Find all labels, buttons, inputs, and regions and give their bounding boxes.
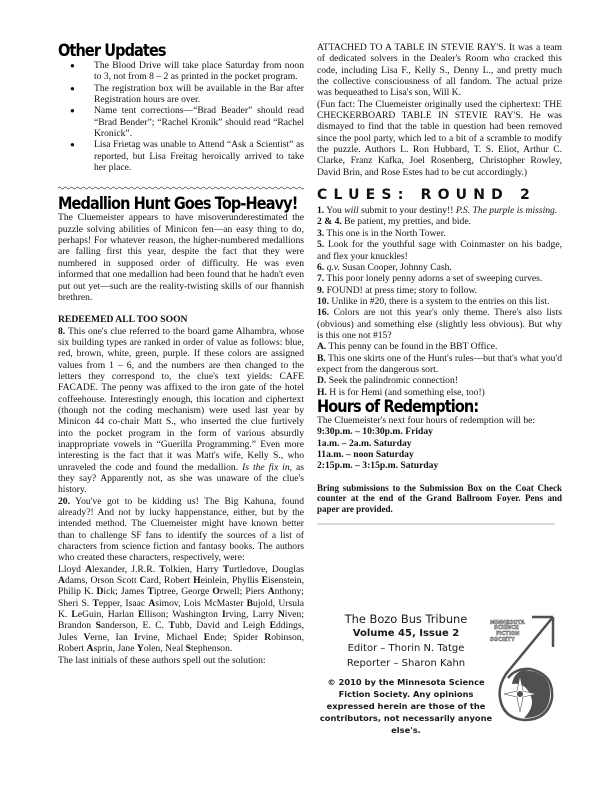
horizontal-rule xyxy=(317,523,555,525)
redeemed-subhead: REDEEMED ALL TOO SOON xyxy=(58,314,304,325)
bold-initial: N xyxy=(278,609,285,620)
clues-heading: CLUES: ROUND 2 xyxy=(317,187,562,203)
continuation-text: ATTACHED TO A TABLE IN STEVIE RAY'S. It … xyxy=(317,42,562,99)
list-item: Lisa Frietag was unable to Attend “Ask a… xyxy=(94,139,304,173)
hours-slot: 11a.m. – noon Saturday xyxy=(317,449,562,460)
medallion-heading: Medallion Hunt Goes Top-Heavy! xyxy=(58,195,304,215)
right-column: ATTACHED TO A TABLE IN STEVIE RAY'S. It … xyxy=(317,42,562,525)
clue-item: 6. q.v. Susan Cooper, Johnny Cash. xyxy=(317,262,562,273)
item-number: 20. xyxy=(58,496,70,507)
clue-item: 1. You will submit to your destiny!! P.S… xyxy=(317,205,562,216)
submission-note: Bring submissions to the Submission Box … xyxy=(317,483,562,515)
svg-text:SOCIETY: SOCIETY xyxy=(490,637,515,643)
bold-initial: Y xyxy=(137,643,144,654)
list-item: The registration box will be available i… xyxy=(94,83,304,106)
clues-list: 1. You will submit to your destiny!! P.S… xyxy=(317,205,562,398)
medallion-intro: The Cluemeister appears to have misoveru… xyxy=(58,212,304,303)
clue-item: 10. Unlike in #20, there is a system to … xyxy=(317,296,562,307)
fun-fact: (Fun fact: The Cluemeister originally us… xyxy=(317,99,562,178)
bold-initial: A xyxy=(268,586,275,597)
clue-item: 7. This poor lonely penny adorns a set o… xyxy=(317,273,562,284)
list-item: The Blood Drive will take place Saturday… xyxy=(94,60,304,83)
bold-initial: A xyxy=(85,564,92,575)
volume-issue: Volume 45, Issue 2 xyxy=(317,626,495,641)
clue-item: A. This penny can be found in the BBT Of… xyxy=(317,341,562,352)
clue-item: D. Seek the palindromic connection! xyxy=(317,375,562,386)
other-updates-list: The Blood Drive will take place Saturday… xyxy=(58,60,304,173)
wavy-divider xyxy=(58,185,304,191)
clue-item: 9. FOUND! at press time; story to follow… xyxy=(317,285,562,296)
hours-slot: 9:30p.m. – 10:30p.m. Friday xyxy=(317,426,562,437)
clue-item: 16. Colors are not this year's only them… xyxy=(317,307,562,341)
bold-initial: A xyxy=(58,575,65,586)
closing-line: The last initials of these authors spell… xyxy=(58,655,304,666)
item-20: 20. You've got to be kidding us! The Big… xyxy=(58,496,304,564)
newsletter-title: The Bozo Bus Tribune xyxy=(317,612,495,626)
reporter-credit: Reporter – Sharon Kahn xyxy=(317,656,495,671)
mnstf-logo-icon: MINNESOTA SCIENCE FICTION SOCIETY xyxy=(490,614,560,724)
list-item: Name tent corrections—“Brad Beader” shou… xyxy=(94,105,304,139)
bold-initial: H xyxy=(193,575,200,586)
bold-initial: O xyxy=(212,586,219,597)
left-column: Other Updates The Blood Drive will take … xyxy=(58,42,304,666)
clue-item: H. H is for Hemi (and something else, to… xyxy=(317,387,562,398)
hours-slot: 1a.m. – 2a.m. Saturday xyxy=(317,438,562,449)
copyright-notice: © 2010 by the Minnesota Science Fiction … xyxy=(317,676,495,736)
editor-credit: Editor – Thorin N. Tatge xyxy=(317,641,495,656)
clue-item: 5. Look for the youthful sage with Coinm… xyxy=(317,239,562,262)
clue-item: B. This one skirts one of the Hunt's rul… xyxy=(317,353,562,376)
item-8: 8. This one's clue referred to the board… xyxy=(58,326,304,496)
clue-item: 2 & 4. Be patient, my pretties, and bide… xyxy=(317,216,562,227)
masthead: The Bozo Bus Tribune Volume 45, Issue 2 … xyxy=(317,612,495,736)
clue-item: 3. This one is in the North Tower. xyxy=(317,228,562,239)
authors-list: Lloyd Alexander, J.R.R. Tolkien, Harry T… xyxy=(58,564,304,655)
hours-heading: Hours of Redemption: xyxy=(317,398,562,418)
hours-slot: 2:15p.m. – 3:15p.m. Saturday xyxy=(317,460,562,471)
